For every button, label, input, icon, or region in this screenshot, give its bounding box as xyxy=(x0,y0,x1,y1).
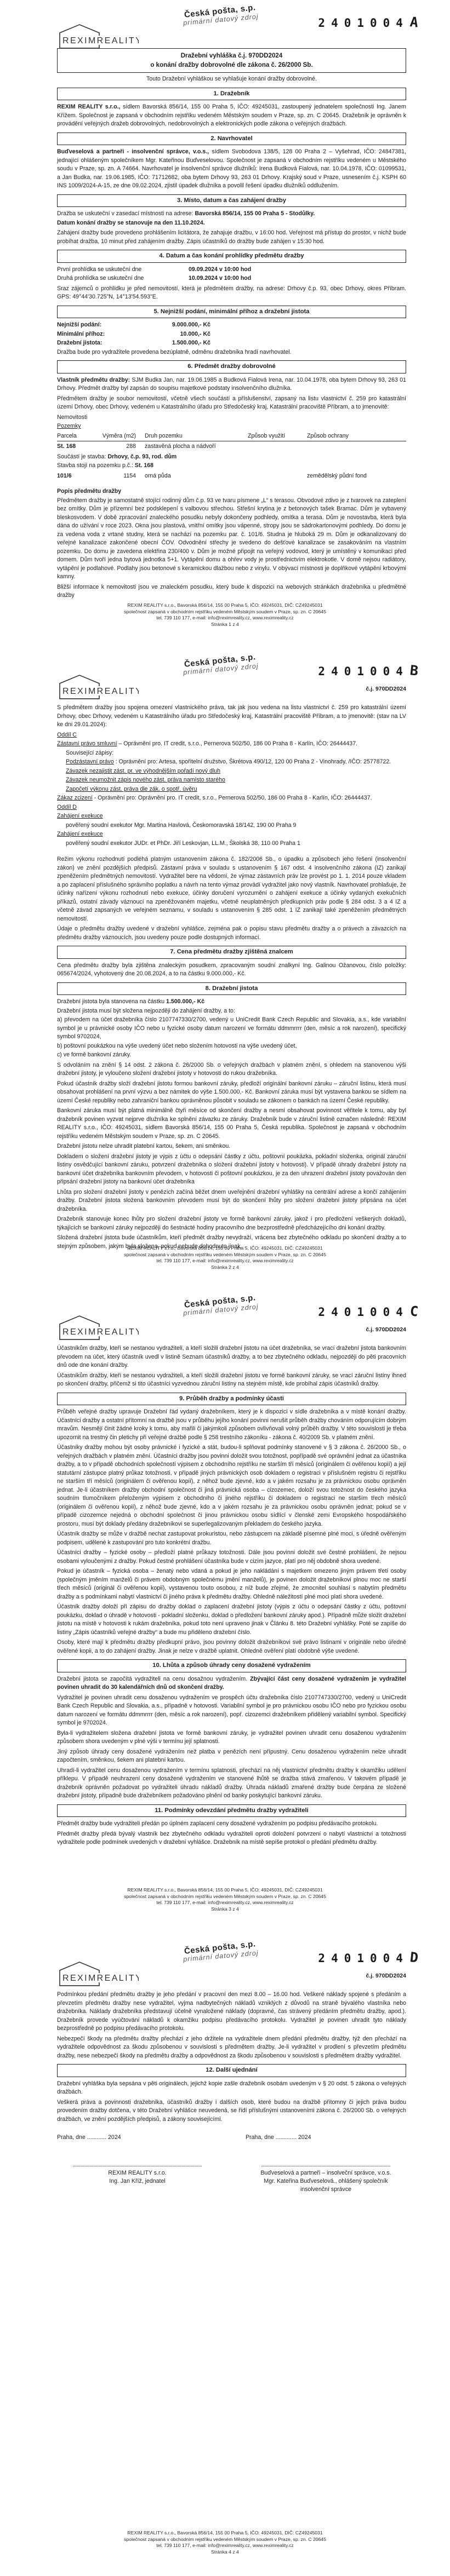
viewing-meeting-paragraph: Sraz zájemců o prohlídku je před nemovit… xyxy=(57,285,406,302)
col-vyuziti: Způsob využití xyxy=(248,432,307,441)
auction-place-prefix: Dražba se uskuteční v zasedací místnosti… xyxy=(57,210,195,217)
stamp-digits: 2401004 xyxy=(318,1306,409,1319)
deposit-label: Dražební jistota: xyxy=(57,339,139,348)
viewing-2-label: Druhá prohlídka se uskuteční dne xyxy=(57,274,189,283)
parcel-row-1: St. 168 288 zastavěná plocha a nádvoří xyxy=(57,441,406,452)
lowest-bid-label: Nejnižší podání: xyxy=(57,321,139,330)
parcel-2-type: orná půda xyxy=(145,472,248,481)
deposit-option-c: c) ve formě bankovní záruky. xyxy=(57,1051,406,1060)
section-4-heading: 4. Datum a čas konání prohlídky předmětu… xyxy=(57,250,406,263)
page-2-header: REXIMREALITY Česká pošta, s.p. primární … xyxy=(0,652,450,704)
building-note-1-value: Drhovy, č.p. 93, rod. dům xyxy=(107,453,176,460)
execution-1-label: Zahájení exekuce xyxy=(57,812,406,821)
sublien-title: Podzástavní právo xyxy=(66,758,114,765)
parcel-2-protection: zemědělský půdní fond xyxy=(307,472,406,481)
ownership-transfer-paragraph: Uhradí-li vydražitel cenu dosaženou vydr… xyxy=(57,1767,406,1801)
col-ochrana: Způsob ochrany xyxy=(307,432,406,441)
document-title-box: Dražební vyhláška č.j. 970DD2024 o konán… xyxy=(57,48,406,73)
parcel-2-use xyxy=(248,472,307,481)
price-payment-paragraph: Dražební jistota se započítá vydražiteli… xyxy=(57,1675,406,1692)
deposit-option-b: b) poštovní poukázkou na výše uvedený úč… xyxy=(57,1042,406,1051)
deposit-value: 1.500.000,- Kč xyxy=(139,339,210,348)
related-entries-label: Související zápisy: xyxy=(57,749,406,758)
section-9-heading: 9. Průběh dražby a podmínky účasti xyxy=(57,1393,406,1406)
governing-law-paragraph: Veškerá práva a povinnosti dražebníka, ú… xyxy=(57,2098,406,2124)
free-auction-note: Dražba bude pro vydražitele provedena be… xyxy=(57,348,406,357)
enforcement-start-note: Započetí výkonu zást. práva dle zák. o s… xyxy=(57,785,406,794)
section-c-label: Oddíl C xyxy=(57,731,406,740)
auctioneer-signature-title: Ing. Jan Kříž, jednatel xyxy=(57,2177,218,2186)
deposit-amount-line: Dražební jistota byla stanovena na částk… xyxy=(57,998,406,1007)
appraisal-paragraph: Cena předmětu dražby byla zjištěna znale… xyxy=(57,962,406,979)
rexim-logo-text: REXIMREALITY xyxy=(62,1327,139,1337)
parcel-row-2: 101/6 1154 orná půda zemědělský půdní fo… xyxy=(57,471,406,482)
document-number-stamp: 2401004C xyxy=(318,1303,418,1319)
execution-1-details: pověřený soudní exekutor Mgr. Martina Ha… xyxy=(57,821,406,830)
footer-line-3: tel. 739 110 177, e-mail: info@reximreal… xyxy=(0,2543,450,2549)
alienation-ban-line: Zákaz zcizení - Oprávnění pro: Oprávnění… xyxy=(57,794,406,803)
page-4-content: Podmínkou předání předmětu dražby je jeh… xyxy=(0,1991,450,2194)
auctioneer-signature-name: REXIM REALITY s.r.o. xyxy=(57,2169,218,2177)
rexim-reality-logo: REXIMREALITY xyxy=(55,22,139,50)
page-1-header: REXIMREALITY Česká pošta, s.p. primární … xyxy=(0,0,450,48)
page-4-footer: REXIM REALITY s.r.o., Bavorská 856/14, 1… xyxy=(0,2530,450,2555)
document-subtitle: Touto Dražební vyhláškou se vyhlašuje ko… xyxy=(57,75,406,84)
alienation-ban-title: Zákaz zcizení xyxy=(57,795,93,801)
owner-paragraph: Vlastník předmětu dražby: SJM Budka Jan,… xyxy=(57,376,406,393)
signature-block-auctioneer: REXIM REALITY s.r.o. Ing. Jan Kříž, jedn… xyxy=(57,2165,218,2194)
viewing-2-date: 10.09.2024 v 10:00 hod xyxy=(189,274,251,283)
parcel-table-header: Parcela Výměra (m2) Druh pozemku Způsob … xyxy=(57,432,406,442)
bank-guarantee-paragraph-2: Bankovní záruka musí být platná minimáln… xyxy=(57,1107,406,1141)
viewing-row-1: První prohlídka se uskuteční dne 09.09.2… xyxy=(57,266,406,274)
signature-dates-row: Praha, dne ............ 2024 Praha, dne … xyxy=(57,2134,406,2142)
payment-restriction-line: Dražební jistotu nelze uhradit platební … xyxy=(57,1142,406,1151)
lien-line: Zástavní právo smluvní – Oprávnění pro. … xyxy=(57,740,406,749)
viewing-1-label: První prohlídka se uskuteční dne xyxy=(57,266,189,274)
document-number-stamp: 2401004B xyxy=(318,663,418,679)
case-reference: č.j. 970DD2024 xyxy=(366,1326,406,1333)
parcel-1-type: zastavěná plocha a nádvoří xyxy=(145,442,248,451)
min-increment-label: Minimální příhoz: xyxy=(57,330,139,339)
spacer xyxy=(57,848,406,854)
deposit-amount-prefix: Dražební jistota byla stanovena na částk… xyxy=(57,998,166,1005)
preemption-right-paragraph: Osoby, které mají k předmětu dražby před… xyxy=(57,1638,406,1655)
auction-rules-paragraph: Průběh veřejné dražby upravuje Dražební … xyxy=(57,1408,406,1442)
stamp-letter: B xyxy=(409,662,419,679)
bid-row-increment: Minimální příhoz: 10.000,- Kč xyxy=(57,330,406,339)
date-right: Praha, dne ............. 2024 xyxy=(246,2134,406,2142)
risk-transfer-paragraph: Nebezpečí škody na předmětu dražby přech… xyxy=(57,2035,406,2061)
rexim-reality-logo: REXIMREALITY xyxy=(55,1313,139,1342)
data-disclaimer-paragraph: Údaje o předmětu dražby uvedené v dražeb… xyxy=(57,925,406,942)
owner-label: Vlastník předmětu dražby: xyxy=(57,377,130,383)
parcel-1-number: St. 168 xyxy=(57,442,100,451)
restrictions-intro: S předmětem dražby jsou spojena omezení … xyxy=(57,704,406,729)
page-2-footer: REXIM REALITY s.r.o., Bavorská 856/14, 1… xyxy=(0,1245,450,1270)
building-note-2: Stavba stojí na pozemku p.č.: St. 168 xyxy=(57,462,406,470)
page-3-header: REXIMREALITY Česká pošta, s.p. primární … xyxy=(0,1292,450,1344)
page-2-content: S předmětem dražby jsou spojena omezení … xyxy=(0,704,450,1251)
document-number-stamp: 2401004D xyxy=(318,1950,418,1965)
originals-paragraph: Dražební vyhláška byla sepsána v pěti or… xyxy=(57,2080,406,2097)
auction-start-paragraph: Zahájení dražby bude provedeno prohlášen… xyxy=(57,229,406,246)
section-5-heading: 5. Nejnižší podání, minimální příhoz a d… xyxy=(57,306,406,319)
married-participant-paragraph: Pokud je účastník – fyzická osoba – žena… xyxy=(57,1567,406,1601)
auctioneer-name: REXIM REALITY s.r.o., xyxy=(57,104,120,110)
bank-guarantee-paragraph-1: Pokud účastník dražby složí dražební jis… xyxy=(57,1080,406,1106)
payment-method-paragraph: Jiný způsob úhrady ceny dosažené vydraže… xyxy=(57,1748,406,1765)
section-11-heading: 11. Podmínky odevzdání předmětu dražby v… xyxy=(57,1804,406,1818)
proposer-signature-title-2: insolvenční správce xyxy=(246,2186,406,2194)
price-payment-prefix: Dražební jistota se započítá vydražiteli… xyxy=(57,1676,250,1682)
proposer-signature-name: Buďveselová a partneři – insolveční sprá… xyxy=(246,2169,406,2177)
subject-paragraph: Předmětem dražby je soubor nemovitostí, … xyxy=(57,395,406,412)
ceska-posta-stamp: Česká pošta, s.p. primární datový zdroj xyxy=(138,1292,303,1323)
description-heading: Popis předmětu dražby xyxy=(57,487,406,496)
obligation-2: Závazek neumožnit zápis nového zást. prá… xyxy=(57,776,406,785)
nemovitosti-label: Nemovitosti xyxy=(57,413,406,422)
document-title-line1: Dražební vyhláška č.j. 970DD2024 xyxy=(58,51,406,60)
rexim-logo-text: REXIMREALITY xyxy=(62,36,139,45)
sublien-details: : Oprávnění pro: Artesa, spořitelní druž… xyxy=(114,758,391,765)
footer-line-3: tel. 739 110 177, e-mail: info@reximreal… xyxy=(0,1900,450,1906)
deposit-deadline-line: Dražební jistota musí být složena nejpoz… xyxy=(57,1007,406,1016)
viewing-row-2: Druhá prohlídka se uskuteční dne 10.09.2… xyxy=(57,274,406,283)
page-4-header: REXIMREALITY Česká pošta, s.p. primární … xyxy=(0,1939,450,1991)
viewing-1-date: 09.09.2024 v 10:00 hod xyxy=(189,266,251,274)
signature-row: REXIM REALITY s.r.o. Ing. Jan Kříž, jedn… xyxy=(57,2165,406,2194)
section-1-paragraph: REXIM REALITY s.r.o., sídlem Bavorská 85… xyxy=(57,103,406,129)
lowest-bid-value: 9.000.000,- Kč xyxy=(139,321,210,330)
handover-line: Předmět dražby bude vydražiteli předán p… xyxy=(57,1820,406,1829)
page-number: Stránka 4 z 4 xyxy=(0,2549,450,2556)
handover-paragraph: Předmět dražby předá bývalý vlastník bez… xyxy=(57,1830,406,1847)
min-increment-value: 10.000,- Kč xyxy=(139,330,210,339)
payment-account-paragraph: Vydražitel je povinen uhradit cenu dosaž… xyxy=(57,1694,406,1728)
ceska-posta-stamp: Česká pošta, s.p. primární datový zdroj xyxy=(138,1939,303,1969)
section-3-heading: 3. Místo, datum a čas zahájení dražby xyxy=(57,194,406,208)
pozemky-label: Pozemky xyxy=(57,422,406,431)
stamp-digits: 2401004 xyxy=(318,1952,409,1965)
case-reference: č.j. 970DD2024 xyxy=(366,686,406,692)
section-2-heading: 2. Navrhovatel xyxy=(57,133,406,146)
registration-paragraph: Účastník dražby doloží při zápisu do dra… xyxy=(57,1603,406,1637)
regime-paragraph: Režim výkonu rozhodnutí podléhá platným … xyxy=(57,855,406,923)
individuals-paragraph: Účastníci dražby – fyzické osoby – předl… xyxy=(57,1549,406,1566)
deposit-option-a: a) převodem na účet dražebníka číslo 210… xyxy=(57,1016,406,1042)
ceska-posta-stamp: Česká pošta, s.p. primární datový zdroj xyxy=(138,0,303,32)
section-6-heading: 6. Předmět dražby dobrovolné xyxy=(57,360,406,373)
footer-line-1: REXIM REALITY s.r.o., Bavorská 856/14, 1… xyxy=(0,602,450,609)
deposit-return-bank-paragraph: Účastníkům dražby, kteří se nestanou vyd… xyxy=(57,1344,406,1370)
representation-paragraph: Účastník dražby se může v dražbě nechat … xyxy=(57,1530,406,1547)
date-left: Praha, dne ............ 2024 xyxy=(57,2134,121,2142)
rexim-reality-logo: REXIMREALITY xyxy=(55,672,139,701)
auction-date-line: Datum konání dražby se stanovuje na den … xyxy=(57,219,406,228)
bid-row-deposit: Dražební jistota: 1.500.000,- Kč xyxy=(57,339,406,348)
footer-line-1: REXIM REALITY s.r.o., Bavorská 856/14, 1… xyxy=(0,1245,450,1252)
handover-conditions-paragraph: Podmínkou předání předmětu dražby je jeh… xyxy=(57,1991,406,2033)
signature-block-proposer: Buďveselová a partneři – insolveční sprá… xyxy=(246,2165,406,2194)
page-4: REXIMREALITY Česká pošta, s.p. primární … xyxy=(0,1939,450,2576)
section-7-heading: 7. Cena předmětu dražby zjištěná znalcem xyxy=(57,946,406,959)
parcel-1-protection xyxy=(307,442,406,451)
stamp-letter: C xyxy=(409,1303,419,1319)
bid-row-lowest: Nejnižší podání: 9.000.000,- Kč xyxy=(57,321,406,330)
signature-line-auctioneer xyxy=(73,2165,202,2166)
building-note-1-prefix: Součástí je stavba: xyxy=(57,453,107,460)
building-note-2-value: St. 168 xyxy=(135,462,153,469)
footer-line-1: REXIM REALITY s.r.o., Bavorská 856/14, 1… xyxy=(0,2530,450,2537)
ceska-posta-stamp: Česká pošta, s.p. primární datový zdroj xyxy=(138,652,303,682)
parcel-2-area: 1154 xyxy=(100,472,145,481)
rexim-logo-text: REXIMREALITY xyxy=(62,1974,139,1983)
participants-paragraph: Účastníky dražby mohou být osoby právnic… xyxy=(57,1444,406,1528)
stamp-digits: 2401004 xyxy=(318,16,409,30)
page-3: REXIMREALITY Česká pošta, s.p. primární … xyxy=(0,1292,450,1939)
auction-place-line: Dražba se uskuteční v zasedací místnosti… xyxy=(57,210,406,219)
alienation-ban-details: - Oprávnění pro: Oprávnění pro. IT credi… xyxy=(93,795,372,801)
page-1-content: Dražební vyhláška č.j. 970DD2024 o konán… xyxy=(0,48,450,600)
deposit-deadline-paragraph: Lhůta pro složení dražební jistoty v pen… xyxy=(57,1188,406,1214)
document-title-line2: o konání dražby dobrovolné dle zákona č.… xyxy=(58,60,406,70)
section-12-heading: 12. Další ujednání xyxy=(57,2064,406,2077)
obligation-1: Závazek nezajistit zást. pr. ve výhodněj… xyxy=(57,767,406,776)
proposer-name: Buďveselová a partneři - insolvenční spr… xyxy=(57,148,209,155)
more-info-paragraph: Bližší informace k nemovitosti jsou ve z… xyxy=(57,583,406,600)
section-10-heading: 10. Lhůta a způsob úhrady ceny dosažené … xyxy=(57,1659,406,1672)
footer-line-1: REXIM REALITY s.r.o., Bavorská 856/14, 1… xyxy=(0,1887,450,1894)
page-3-footer: REXIM REALITY s.r.o., Bavorská 856/14, 1… xyxy=(0,1887,450,1912)
building-note-2-prefix: Stavba stojí na pozemku p.č.: xyxy=(57,462,135,469)
col-parcela: Parcela xyxy=(57,432,100,441)
parcel-1-area: 288 xyxy=(100,442,145,451)
col-vymera: Výměra (m2) xyxy=(100,432,145,441)
guarantee-payment-paragraph: Byla-li vydražitelem složena dražební ji… xyxy=(57,1729,406,1746)
footer-line-2: společnost zapsaná v obchodním rejstříku… xyxy=(0,2537,450,2543)
sublien-line: Podzástavní právo : Oprávnění pro: Artes… xyxy=(57,758,406,767)
stamp-letter: D xyxy=(409,1949,419,1965)
deposit-amount-value: 1.500.000,- Kč xyxy=(166,998,204,1005)
description-paragraph: Předmětem dražby je samostatně stojící r… xyxy=(57,497,406,582)
guarantee-return-paragraph: Účastníkům dražby, kteří se nestanou vyd… xyxy=(57,1372,406,1389)
page-number: Stránka 3 z 4 xyxy=(0,1906,450,1913)
page-3-content: Účastníkům dražby, kteří se nestanou vyd… xyxy=(0,1344,450,1847)
document-number-stamp: 2401004A xyxy=(318,14,418,30)
scanned-auction-document: { "common": { "posta_stamp_line1": "Česk… xyxy=(0,0,450,2576)
section-8-heading: 8. Dražební jistota xyxy=(57,982,406,996)
page-2: REXIMREALITY Česká pošta, s.p. primární … xyxy=(0,652,450,1292)
footer-line-2: společnost zapsaná v obchodním rejstříku… xyxy=(0,609,450,616)
execution-2-details: pověřený soudní exekutor JUDr. et PhDr. … xyxy=(57,840,406,848)
rexim-reality-logo: REXIMREALITY xyxy=(55,1959,139,1988)
stamp-letter: A xyxy=(409,14,419,30)
deposit-proof-paragraph: Dokladem o složení dražební jistoty je v… xyxy=(57,1153,406,1187)
page-number: Stránka 2 z 4 xyxy=(0,1264,450,1271)
section-1-heading: 1. Dražebník xyxy=(57,88,406,101)
stamp-digits: 2401004 xyxy=(318,665,409,678)
case-reference: č.j. 970DD2024 xyxy=(366,1973,406,1979)
signature-line-proposer xyxy=(261,2165,390,2166)
page-1: REXIMREALITY Česká pošta, s.p. primární … xyxy=(0,0,450,652)
cash-exclusion-paragraph: S odvoláním na znění § 14 odst. 2 zákona… xyxy=(57,1061,406,1078)
page-number: Stránka 1 z 4 xyxy=(0,622,450,628)
guarantee-deadline-paragraph: Dražebník stanovuje konec lhůty pro slož… xyxy=(57,1215,406,1232)
parcel-1-use xyxy=(248,442,307,451)
col-druh: Druh pozemku xyxy=(145,432,248,441)
footer-line-3: tel. 739 110 177, e-mail: info@reximreal… xyxy=(0,615,450,622)
page-1-footer: REXIM REALITY s.r.o., Bavorská 856/14, 1… xyxy=(0,602,450,628)
spacer xyxy=(57,481,406,487)
lien-details: – Oprávnění pro. IT credit, s.r.o., Pern… xyxy=(117,740,358,747)
footer-line-2: společnost zapsaná v obchodním rejstříku… xyxy=(0,1252,450,1258)
footer-line-2: společnost zapsaná v obchodním rejstříku… xyxy=(0,1894,450,1900)
execution-2-label: Zahájení exekuce xyxy=(57,830,406,839)
rexim-logo-text: REXIMREALITY xyxy=(62,687,139,696)
section-2-paragraph: Buďveselová a partneři - insolvenční spr… xyxy=(57,148,406,191)
auction-place-address: Bavorská 856/14, 155 00 Praha 5 - Stodůl… xyxy=(195,210,315,217)
building-note-1: Součástí je stavba: Drhovy, č.p. 93, rod… xyxy=(57,453,406,462)
proposer-signature-title-1: Mgr. Kateřina Buďveselová., ohlášený spo… xyxy=(246,2177,406,2186)
section-d-label: Oddíl D xyxy=(57,803,406,812)
footer-line-3: tel. 739 110 177, e-mail: info@reximreal… xyxy=(0,1258,450,1264)
lien-title: Zástavní právo smluvní xyxy=(57,740,117,747)
parcel-2-number: 101/6 xyxy=(57,472,100,481)
